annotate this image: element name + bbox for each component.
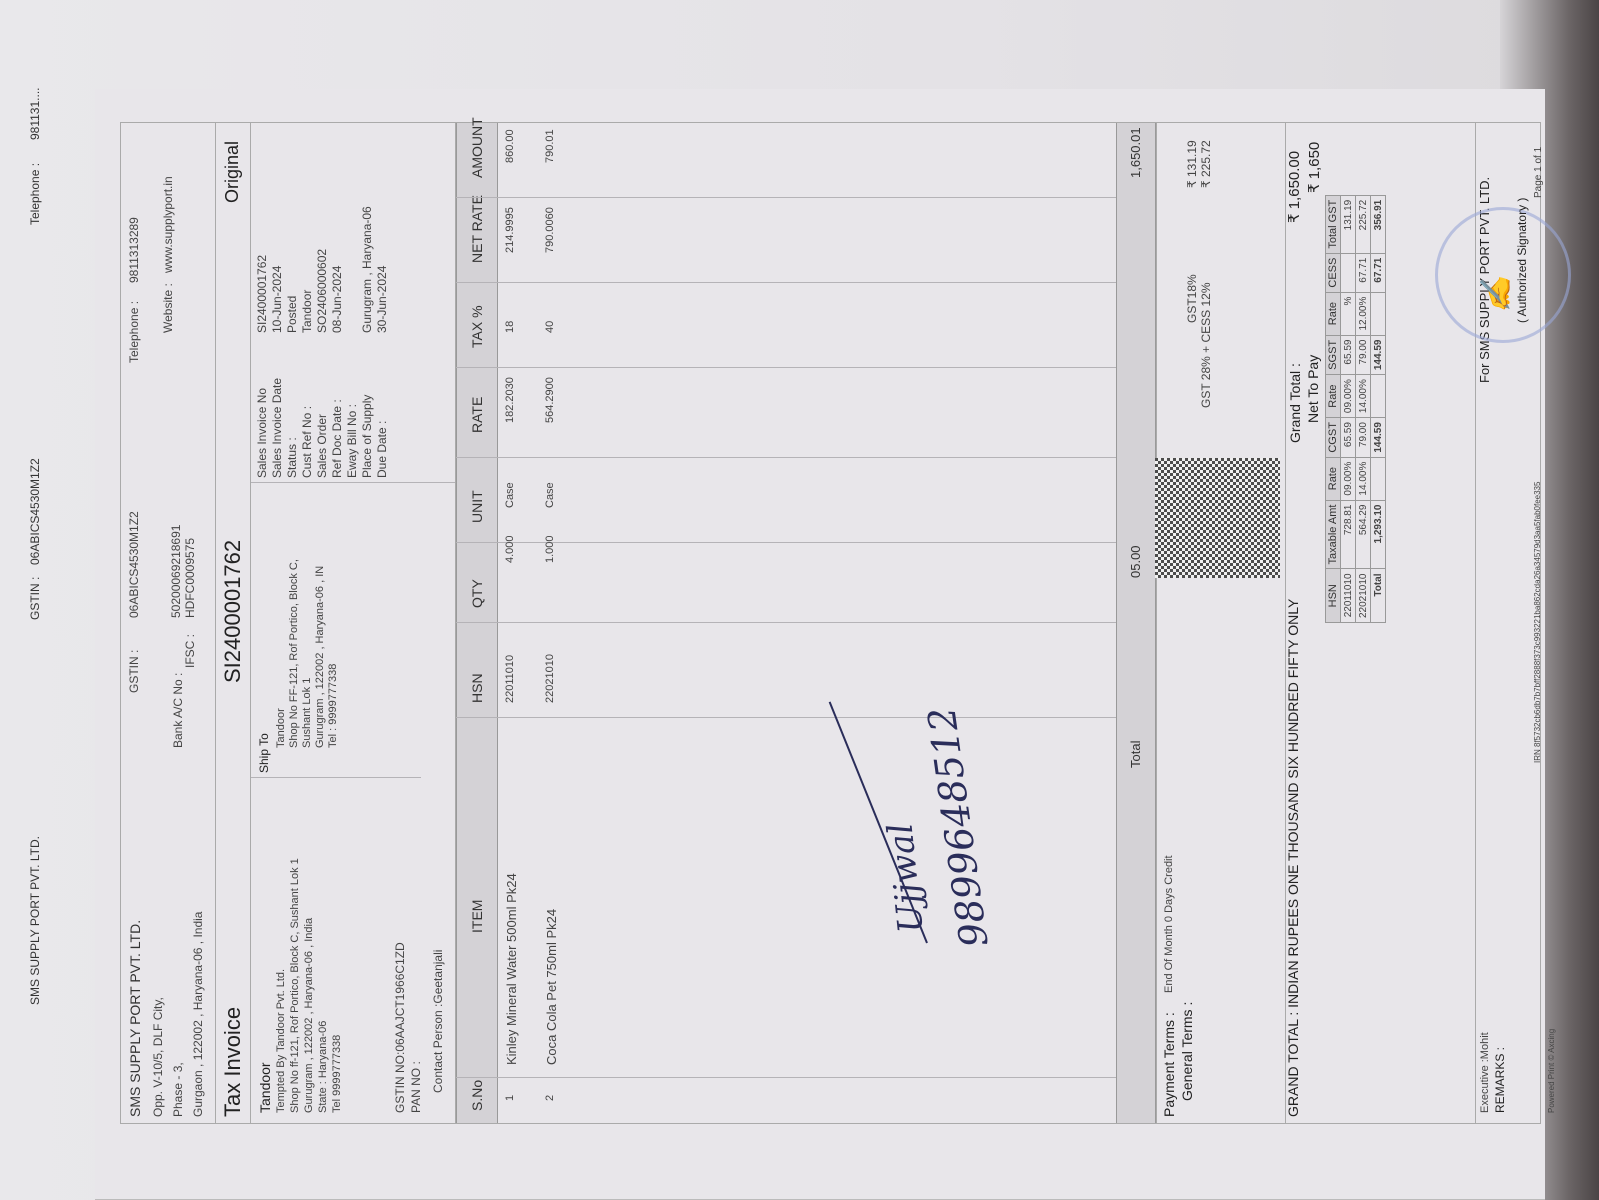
back-sheet-header: SMS SUPPLY PORT PVT. LTD. GSTIN : 06ABIC… xyxy=(0,0,95,1200)
col-qty: QTY xyxy=(469,579,485,608)
seller-ifsc-label: IFSC : xyxy=(183,634,197,668)
seller-gstin: 06ABICS4530M1Z2 xyxy=(127,511,141,618)
text-line: Tandoor xyxy=(300,290,314,333)
text-line: 30-Jun-2024 xyxy=(375,266,389,333)
gst-cell: 67.71 xyxy=(1356,253,1371,292)
seller-ifsc: HDFC0009575 xyxy=(183,538,197,618)
invoice-document: SMS SUPPLY PORT PVT. LTD. GSTIN : 06ABIC… xyxy=(0,0,1599,1200)
seller-website: www.supplyport.in xyxy=(161,176,175,273)
invoice-page: SMS SUPPLY PORT PVT. LTD. Opp. V-10/5, D… xyxy=(95,89,1545,1200)
text-line: Gurugram , 122002 , Haryana-06 , India xyxy=(303,918,315,1113)
text-line: Sushant Lok 1 xyxy=(301,678,313,748)
items-table: S.No ITEM HSN QTY UNIT RATE TAX % NET RA… xyxy=(455,122,1157,1124)
bill-to-gstin: GSTIN NO:06AAJCT1966C1ZD xyxy=(393,942,407,1113)
col-divider xyxy=(456,1077,1156,1078)
payment-terms-label: Payment Terms : xyxy=(1161,1012,1177,1117)
gst-cell xyxy=(1371,457,1386,500)
table-cell: 1 xyxy=(504,1095,516,1101)
col-rate: RATE xyxy=(469,397,485,433)
gst-cell: 67.71 xyxy=(1371,253,1386,292)
seller-bank-label: Bank A/C No : xyxy=(171,673,185,748)
text-line: Tandoor xyxy=(275,708,287,748)
terms-block: Payment Terms : End Of Month 0 Days Cred… xyxy=(1155,122,1286,1124)
text-line: Due Date : xyxy=(375,421,389,478)
party-block: Tandoor Tempted By Tandoor Pvt. Ltd.Shop… xyxy=(250,122,457,1124)
back-sheet-gstin: 06ABICS4530M1Z2 xyxy=(28,458,42,565)
table-row: 22021010564.2914.00%79.0014.00%79.0012.0… xyxy=(1356,195,1371,622)
gst-header-cell: SGST xyxy=(1326,335,1341,375)
divider xyxy=(251,777,421,778)
back-sheet-gstin-label: GSTIN : xyxy=(28,577,42,620)
seller-name: SMS SUPPLY PORT PVT. LTD. xyxy=(127,920,143,1117)
gst-header-cell: CGST xyxy=(1326,418,1341,458)
back-sheet-telephone: 981131.... xyxy=(28,88,42,141)
text-line: Shop No ff-121, Rof Portico, Block C, Su… xyxy=(289,858,301,1113)
seller-address-3: Gurgaon , 122002 , Haryana-06 , India xyxy=(191,912,205,1117)
qr-code xyxy=(1155,458,1280,578)
irn: IRN 8f5732cb6db7b7bff2888f373c993221ba86… xyxy=(1533,482,1542,763)
remarks-label: REMARKS : xyxy=(1493,1047,1507,1113)
gst-cell: 144.59 xyxy=(1371,335,1386,375)
table-cell: 2 xyxy=(544,1095,556,1101)
col-unit: UNIT xyxy=(469,490,485,523)
seller-bank-account: 50200069218691 xyxy=(169,525,183,618)
text-line: Place of Supply xyxy=(360,395,374,478)
title-row: Tax Invoice SI2400001762 Original xyxy=(215,122,251,1124)
table-cell: 790.0060 xyxy=(544,207,556,253)
gst-cell xyxy=(1341,253,1356,292)
copy-type: Original xyxy=(222,141,243,203)
text-line: Gurugram , Haryana-06 xyxy=(360,206,374,333)
text-line: 10-Jun-2024 xyxy=(270,266,284,333)
table-row: Total1,293.10144.59144.5967.71356.91 xyxy=(1371,195,1386,622)
text-line: 08-Jun-2024 xyxy=(330,266,344,333)
col-divider xyxy=(456,197,1156,198)
table-row: 22011010728.8109.00%65.5909.00%65.59%131… xyxy=(1341,195,1356,622)
text-line: SO2406000602 xyxy=(315,249,329,333)
col-amount: AMOUNT xyxy=(469,117,485,178)
gst-cell: 144.59 xyxy=(1371,418,1386,458)
footer-block: Executive :Mohit REMARKS : For SMS SUPPL… xyxy=(1475,122,1541,1124)
gst-cell: 79.00 xyxy=(1356,418,1371,458)
text-line: Posted xyxy=(285,296,299,333)
ship-to-heading: Ship To xyxy=(257,733,271,773)
col-hsn: HSN xyxy=(469,673,485,703)
seller-header: SMS SUPPLY PORT PVT. LTD. Opp. V-10/5, D… xyxy=(120,122,216,1124)
table-cell: 860.00 xyxy=(504,129,516,163)
document-title: Tax Invoice xyxy=(220,1007,246,1117)
handwritten-signature: Ujjwal xyxy=(880,821,931,935)
gst-cell: 1,293.10 xyxy=(1371,500,1386,569)
seller-website-label: Website : xyxy=(161,283,175,333)
grand-total-value: ₹ 1,650.00 xyxy=(1285,151,1303,223)
table-cell: Coca Cola Pet 750ml Pk24 xyxy=(544,909,559,1065)
amount-in-words: GRAND TOTAL : INDIAN RUPEES ONE THOUSAND… xyxy=(1285,599,1301,1117)
text-line: Tel : 9999777338 xyxy=(327,664,339,748)
gst-cell: 131.19 xyxy=(1341,195,1356,253)
items-total-row: Total 05.00 1,650.01 xyxy=(1116,123,1156,1123)
gst-header-cell: Total GST xyxy=(1326,195,1341,253)
gst-header-cell: Rate xyxy=(1326,292,1341,335)
seller-telephone-label: Telephone : xyxy=(127,301,141,363)
bill-to-name: Tandoor xyxy=(257,1062,273,1113)
gst-cell: 65.59 xyxy=(1341,335,1356,375)
text-line: Sales Order xyxy=(315,414,329,478)
bill-to-contact: Contact Person :Geetanjali xyxy=(431,950,445,1093)
back-sheet-telephone-label: Telephone : xyxy=(28,163,42,225)
tax-summary-line-1: GST18% xyxy=(1185,274,1199,323)
back-sheet-company: SMS SUPPLY PORT PVT. LTD. xyxy=(28,836,42,1005)
col-divider xyxy=(456,367,1156,368)
net-to-pay-label: Net To Pay xyxy=(1305,355,1321,423)
handwritten-phone: 9899648512 xyxy=(919,704,996,950)
bill-to-pan: PAN NO : xyxy=(409,1061,423,1113)
table-cell: 214.9995 xyxy=(504,207,516,253)
text-line: Ref Doc Date : xyxy=(330,399,344,478)
seller-telephone: 9811313289 xyxy=(127,217,141,283)
col-divider xyxy=(456,717,1156,718)
col-divider xyxy=(456,622,1156,623)
table-cell: Case xyxy=(504,482,516,508)
tax-summary-line-2: GST 28% + CESS 12% xyxy=(1199,282,1213,408)
col-divider xyxy=(456,542,1156,543)
table-cell: 790.01 xyxy=(544,129,556,163)
table-cell: 40 xyxy=(544,321,556,333)
col-divider xyxy=(456,457,1156,458)
gst-cell: 14.00% xyxy=(1356,457,1371,500)
authorized-signatory: ( Authorized Signatory ) xyxy=(1515,198,1529,323)
table-cell: 22011010 xyxy=(504,655,516,703)
gst-cell: 65.59 xyxy=(1341,418,1356,458)
seller-address-1: Opp. V-10/5, DLF City, xyxy=(151,997,165,1117)
gst-cell: 728.81 xyxy=(1341,500,1356,569)
tax-summary-amount-2: ₹ 225.72 xyxy=(1199,140,1213,188)
invoice-number: SI2400001762 xyxy=(220,540,246,683)
text-line: Eway Bill No : xyxy=(345,404,359,478)
table-cell: Case xyxy=(544,482,556,508)
seller-address-2: Phase - 3, xyxy=(171,1062,185,1117)
page-number: Page 1 of 1 xyxy=(1533,147,1544,198)
general-terms-label: General Terms : xyxy=(1179,1002,1195,1101)
table-cell: 22021010 xyxy=(544,654,556,703)
text-line: Tempted By Tandoor Pvt. Ltd. xyxy=(275,969,287,1113)
gst-cell: 12.00% xyxy=(1356,292,1371,335)
text-line: Sales Invoice Date xyxy=(270,378,284,478)
text-line: Tel 9999777338 xyxy=(331,1035,343,1113)
items-total-amount: 1,650.01 xyxy=(1128,127,1143,178)
col-divider xyxy=(456,282,1156,283)
table-cell: 182.2030 xyxy=(504,377,516,423)
gst-header-cell: Rate xyxy=(1326,375,1341,418)
gst-header-cell: Taxable Amt xyxy=(1326,500,1341,569)
grand-total-label: Grand Total : xyxy=(1287,363,1303,443)
table-cell: Kinley Mineral Water 500ml Pk24 xyxy=(504,873,519,1065)
gst-cell: 356.91 xyxy=(1371,195,1386,253)
items-table-header: S.No ITEM HSN QTY UNIT RATE TAX % NET RA… xyxy=(456,123,498,1123)
gst-cell: 564.29 xyxy=(1356,500,1371,569)
items-total-qty: 05.00 xyxy=(1128,545,1143,578)
gst-cell xyxy=(1371,292,1386,335)
text-line: Shop No FF-121, Rof Portico, Block C, xyxy=(288,559,300,748)
gst-header-cell: CESS xyxy=(1326,253,1341,292)
table-cell: 4.000 xyxy=(504,535,516,563)
items-total-label: Total xyxy=(1128,741,1143,768)
gst-cell: 09.00% xyxy=(1341,457,1356,500)
gst-cell: Total xyxy=(1371,569,1386,623)
executive: Executive :Mohit xyxy=(1479,1032,1491,1113)
text-line: SI2400001762 xyxy=(255,255,269,333)
gst-cell xyxy=(1371,375,1386,418)
text-line: Status : xyxy=(285,437,299,478)
col-net-rate: NET RATE xyxy=(469,195,485,263)
authorized-signature: ✍ xyxy=(1479,276,1514,313)
gst-cell: 09.00% xyxy=(1341,375,1356,418)
gst-breakup-table: HSNTaxable AmtRateCGSTRateSGSTRateCESSTo… xyxy=(1325,195,1386,623)
gst-cell: 225.72 xyxy=(1356,195,1371,253)
col-sno: S.No xyxy=(469,1080,485,1111)
seller-gstin-label: GSTIN : xyxy=(127,650,141,693)
net-to-pay-value: ₹ 1,650 xyxy=(1305,142,1323,193)
divider xyxy=(251,482,456,483)
col-tax: TAX % xyxy=(469,305,485,348)
tax-summary-amount-1: ₹ 131.19 xyxy=(1185,140,1199,188)
gst-cell: 22011010 xyxy=(1341,569,1356,623)
text-line: Cust Ref No : xyxy=(300,406,314,478)
gst-cell: 79.00 xyxy=(1356,335,1371,375)
payment-terms-value: End Of Month 0 Days Credit xyxy=(1163,855,1175,993)
col-item: ITEM xyxy=(469,900,485,933)
printed-by: Powered Print © Axcing xyxy=(1547,1029,1556,1113)
text-line: State : Haryana-06 xyxy=(317,1021,329,1113)
gst-header-cell: Rate xyxy=(1326,457,1341,500)
table-cell: 1.000 xyxy=(544,535,556,563)
gst-header-cell: HSN xyxy=(1326,569,1341,623)
text-line: Sales Invoice No xyxy=(255,388,269,478)
gst-cell: 22021010 xyxy=(1356,569,1371,623)
table-cell: 18 xyxy=(504,321,516,333)
gst-cell: 14.00% xyxy=(1356,375,1371,418)
table-cell: 564.2900 xyxy=(544,377,556,423)
gst-cell: % xyxy=(1341,292,1356,335)
text-line: Gurugram , 122002 , Haryana-06 , IN xyxy=(314,566,326,748)
